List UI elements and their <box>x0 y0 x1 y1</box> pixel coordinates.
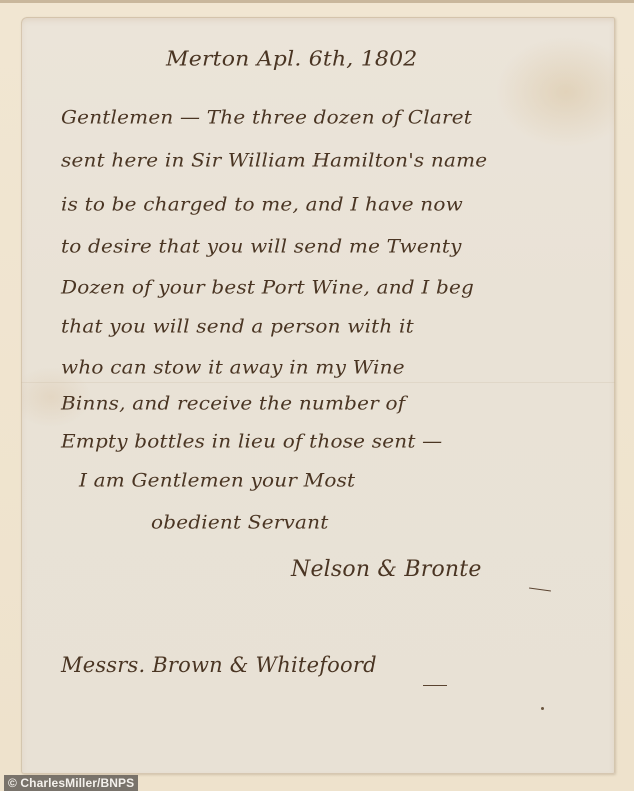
signature-underline <box>529 587 551 591</box>
letter-line-4: to desire that you will send me Twenty <box>61 235 462 258</box>
letter-line-3: is to be charged to me, and I have now <box>61 193 463 216</box>
letter-line-5: Dozen of your best Port Wine, and I beg <box>61 276 474 299</box>
letter-paper: Merton Apl. 6th, 1802 Gentlemen — The th… <box>21 17 615 774</box>
paper-fold <box>21 382 615 383</box>
addressee-dash <box>423 685 447 686</box>
frame-edge <box>0 0 634 3</box>
letter-line-1: Gentlemen — The three dozen of Claret <box>61 106 472 129</box>
letter-closing-servant: obedient Servant <box>151 511 328 534</box>
ink-speck <box>541 707 544 710</box>
signature: Nelson & Bronte <box>291 557 482 582</box>
photo-credit-watermark: © CharlesMiller/BNPS <box>4 775 138 791</box>
letter-line-7: who can stow it away in my Wine <box>61 356 405 379</box>
letter-line-6: that you will send a person with it <box>61 315 414 338</box>
letter-closing: I am Gentlemen your Most <box>79 469 355 492</box>
letter-line-2: sent here in Sir William Hamilton's name <box>61 149 487 172</box>
letter-dateline: Merton Apl. 6th, 1802 <box>166 48 418 72</box>
letter-line-9: Empty bottles in lieu of those sent — <box>61 430 442 453</box>
letter-line-8: Binns, and receive the number of <box>61 392 405 415</box>
addressee: Messrs. Brown & Whitefoord <box>61 653 377 677</box>
